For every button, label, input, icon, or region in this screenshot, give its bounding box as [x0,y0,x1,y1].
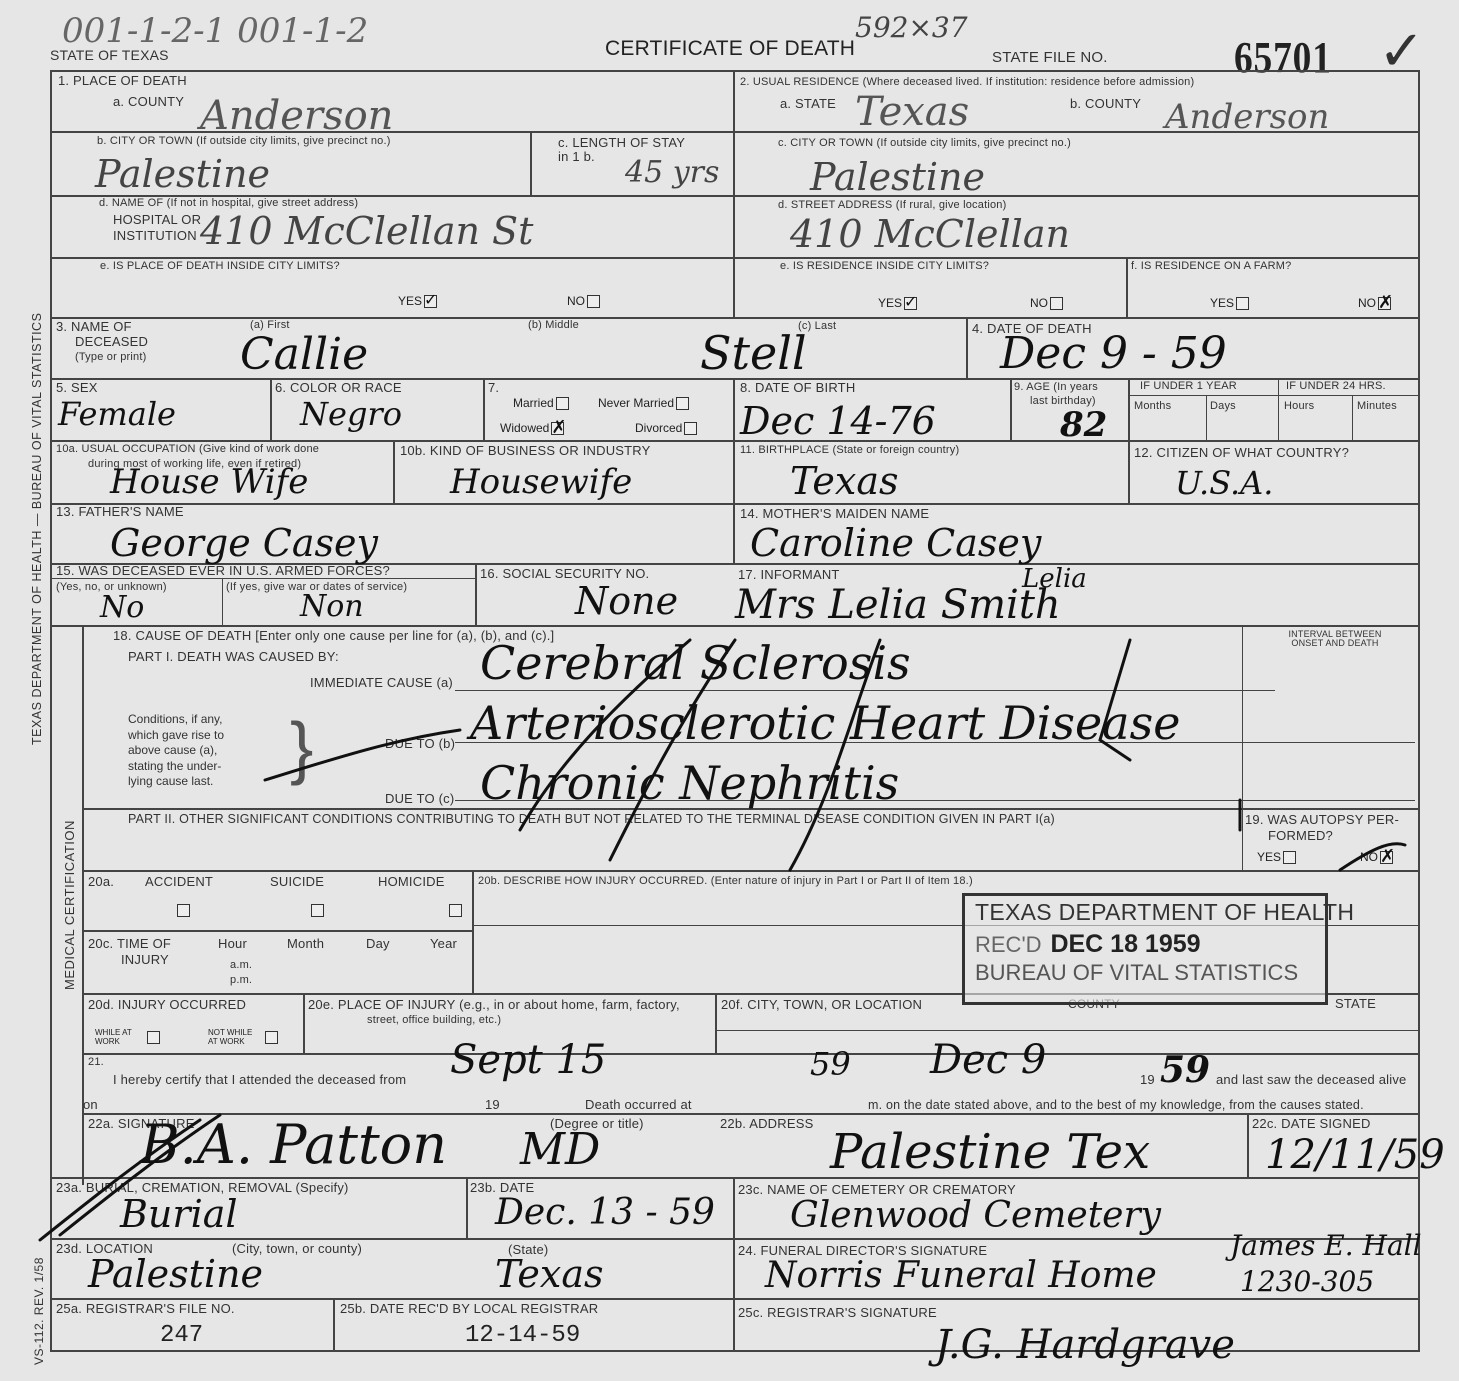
checkbox-yes[interactable] [1283,851,1296,864]
time-of-injury-label: 20c. TIME OF [88,937,171,951]
farm-no[interactable]: NO [1358,296,1391,310]
first-name-value: Callie [240,333,368,377]
age-label-1: 9. AGE (In years [1014,382,1098,394]
while-at-work[interactable]: WHILE AT WORK [95,1028,165,1046]
stamp-date: DEC 18 1959 [1050,930,1200,958]
cert-text-1: I hereby certify that I attended the dec… [113,1073,406,1087]
checkbox-homicide[interactable] [449,904,462,917]
informant-value: Mrs Lelia Smith [735,585,1061,625]
father-label: 13. FATHER'S NAME [56,505,184,519]
sex-label: 5. SEX [56,381,98,395]
date-signed-label: 22c. DATE SIGNED [1252,1117,1371,1131]
hospital-label: d. NAME OF (If not in hospital, give str… [99,198,358,210]
injury-type-label: 20a. [88,875,114,889]
state-file-label: STATE FILE NO. [992,50,1108,66]
hospital-label-2: HOSPITAL OR [113,213,201,227]
yes-label: YES [398,294,422,308]
residence-county-label: b. COUNTY [1070,97,1141,111]
residence-inside-limits-label: e. IS RESIDENCE INSIDE CITY LIMITS? [780,261,989,273]
yes-label: YES [1210,296,1234,310]
attended-from-year: 59 [810,1048,851,1080]
physician-signature: B.A. Patton [140,1118,447,1172]
checkbox-no[interactable] [587,295,600,308]
residence-state-label: a. STATE [780,97,836,111]
describe-injury-label: 20b. DESCRIBE HOW INJURY OCCURRED. (Ente… [478,876,973,888]
col-rule [1242,625,1243,870]
registrar-file-value: 247 [160,1322,203,1349]
checkbox-married[interactable] [556,397,569,410]
death-inside-yes[interactable]: YES [398,294,437,308]
business-label: 10b. KIND OF BUSINESS OR INDUSTRY [400,444,651,458]
autopsy-label: 19. WAS AUTOPSY PER- [1245,813,1399,827]
due-to-b-value: Arteriosclerotic Heart Disease [470,700,1180,746]
while-at-work-label: WHILE AT WORK [95,1028,145,1046]
father-value: George Casey [110,524,378,562]
medical-certification-side-label: MEDICAL CERTIFICATION [62,820,77,990]
row-rule [50,578,475,579]
date-of-death-value: Dec 9 - 59 [1000,332,1227,376]
marital-label: 7. [488,381,499,395]
hospital-value: 410 McClellan St [200,212,533,250]
place-of-injury-label-2: street, office building, etc.) [367,1015,501,1027]
immediate-label: IMMEDIATE CAUSE (a) [310,676,453,690]
col-rule [472,870,474,993]
registrar-date-value: 12-14-59 [465,1322,580,1349]
checkbox-yes-checked[interactable] [904,297,917,310]
due-to-c-label: DUE TO (c) [385,792,454,806]
residence-city-value: Palestine [810,158,985,196]
armed-forces-label: 15. WAS DECEASED EVER IN U.S. ARMED FORC… [56,564,390,578]
location-line [715,1030,1418,1031]
minutes-label: Minutes [1357,401,1397,413]
col-rule [303,993,305,1053]
col-rule [1126,257,1128,318]
occupation-label: 10a. USUAL OCCUPATION (Give kind of work… [56,444,319,456]
farm-label: f. IS RESIDENCE ON A FARM? [1131,261,1291,273]
col-rule [733,378,735,563]
business-value: Housewife [450,465,632,499]
marital-never-married[interactable]: Never Married [598,396,689,410]
age-value: 82 [1060,408,1107,442]
deceased-name-label-1: 3. NAME OF [56,320,132,334]
attended-to-year: 59 [1160,1052,1210,1088]
under-24-label: IF UNDER 24 HRS. [1286,381,1386,393]
col-rule [466,1177,468,1238]
note-line: which gave rise to [128,728,224,744]
pm-label: p.m. [230,975,252,987]
checkbox-while-at-work[interactable] [147,1031,160,1044]
last-name-value: Stell [700,330,807,376]
state-file-number: 65701 [1234,32,1332,83]
cemetery-value: Glenwood Cemetery [790,1198,1161,1234]
dob-value: Dec 14-76 [740,402,936,440]
registrar-signature-label: 25c. REGISTRAR'S SIGNATURE [738,1306,937,1320]
informant-correction: Lelia [1022,566,1087,592]
accident-label: ACCIDENT [145,875,213,889]
mother-value: Caroline Casey [750,524,1041,562]
time-of-injury-label-2: INJURY [121,953,169,967]
date-signed-value: 12/11/59 [1265,1135,1445,1175]
col-rule [1010,378,1012,440]
marital-married[interactable]: Married [513,396,569,410]
checkbox-accident[interactable] [177,904,190,917]
deceased-name-label-2: DECEASED [75,335,148,349]
col-rule [483,378,485,440]
months-label: Months [1134,401,1171,413]
conditions-note: Conditions, if any, which gave rise to a… [128,712,224,790]
injury-state-label: STATE [1335,997,1376,1011]
farm-yes[interactable]: YES [1210,296,1249,310]
mother-label: 14. MOTHER'S MAIDEN NAME [740,507,929,521]
injury-location-label: 20f. CITY, TOWN, OR LOCATION [721,998,922,1012]
race-value: Negro [300,398,402,430]
on-label: on [83,1098,98,1112]
col-rule [1206,395,1207,440]
col-rule [1278,378,1279,440]
burial-date-value: Dec. 13 - 59 [495,1195,715,1231]
hours-label: Hours [1284,401,1314,413]
ssn-value: None [575,582,678,620]
col-rule [733,1177,735,1351]
department-side-label: TEXAS DEPARTMENT OF HEALTH — BUREAU OF V… [30,313,44,745]
col-rule [1247,1113,1249,1177]
col-rule [475,563,477,625]
note-line: stating the under- [128,759,224,775]
place-of-injury-label: 20e. PLACE OF INJURY (e.g., in or about … [308,998,680,1012]
checkbox-widowed-checked[interactable] [551,422,564,435]
col-rule [530,131,532,195]
no-label: NO [1030,296,1048,310]
divorced-label: Divorced [635,421,682,435]
middle-name-label: (b) Middle [528,320,579,332]
armed-service-value: Non [300,592,364,622]
address-value: Palestine Tex [830,1128,1150,1176]
col-rule [393,440,395,503]
injury-occurred-label: 20d. INJURY OCCURRED [88,998,246,1012]
handwritten-reference: 592×37 [855,14,968,42]
residence-county-value: Anderson [1165,100,1329,134]
attended-from-value: Sept 15 [450,1040,606,1080]
cert-text-4: m. on the date stated above, and to the … [868,1099,1364,1112]
death-inside-limits-label: e. IS PLACE OF DEATH INSIDE CITY LIMITS? [100,261,340,273]
registrar-file-label: 25a. REGISTRAR'S FILE NO. [56,1302,235,1316]
not-while-at-work-label: NOT WHILE AT WORK [208,1028,263,1046]
informant-label: 17. INFORMANT [738,568,840,582]
checkbox-no-checked[interactable] [1378,297,1391,310]
stamp-line-2: REC'D DEC 18 1959 [975,931,1315,959]
form-number-side-label: VS-112. REV. 1/58 [32,1257,46,1365]
death-county-value: Anderson [200,96,393,136]
note-line: above cause (a), [128,743,224,759]
due-to-c-value: Chronic Nephritis [480,760,899,806]
dob-label: 8. DATE OF BIRTH [740,381,855,395]
immediate-cause-value: Cerebral Sclerosis [480,640,911,686]
certificate-title: CERTIFICATE OF DEATH [605,38,855,60]
citizen-label: 12. CITIZEN OF WHAT COUNTRY? [1134,446,1349,460]
cert-text-3: Death occurred at [585,1098,692,1112]
no-label: NO [1360,850,1378,864]
year-label: Year [430,937,457,951]
cert-text-2: and last saw the deceased alive [1216,1073,1407,1087]
note-line: Conditions, if any, [128,712,224,728]
birthplace-label: 11. BIRTHPLACE (State or foreign country… [740,445,959,457]
row-rule [82,870,1418,872]
married-label: Married [513,396,554,410]
deceased-name-label-3: (Type or print) [75,352,146,364]
death-inside-no[interactable]: NO [567,294,600,308]
sex-value: Female [58,398,176,430]
checkbox-yes-checked[interactable] [424,295,437,308]
occupation-value: House Wife [110,465,308,499]
checkbox-no[interactable] [1050,297,1063,310]
race-label: 6. COLOR OR RACE [275,381,402,395]
note-line: lying cause last. [128,774,224,790]
received-stamp: TEXAS DEPARTMENT OF HEALTH REC'D DEC 18 … [962,893,1328,1005]
residence-label: 2. USUAL RESIDENCE (Where deceased lived… [740,77,1194,89]
checkbox-suicide[interactable] [311,904,324,917]
checkbox-not-while-at-work[interactable] [265,1031,278,1044]
residence-state-value: Texas [855,92,969,132]
row-rule [82,930,472,932]
am-label: a.m. [230,960,252,972]
registrar-signature-value: J.G. Hardgrave [935,1325,1235,1365]
residence-street-value: 410 McClellan [790,215,1070,253]
col-rule [733,70,735,318]
interval-label: INTERVAL BETWEEN ONSET AND DEATH [1280,630,1390,649]
cause-a-line [455,690,1275,691]
col-rule [270,378,272,440]
no-label: NO [1358,296,1376,310]
no-label: NO [567,294,585,308]
death-city-label: b. CITY OR TOWN (If outside city limits,… [97,136,391,148]
homicide-label: HOMICIDE [378,875,445,889]
row-rule [50,625,1418,627]
place-of-death-label: 1. PLACE OF DEATH [58,74,187,88]
widowed-label: Widowed [500,421,549,435]
frame-left [50,70,52,1350]
part2-label: PART II. OTHER SIGNIFICANT CONDITIONS CO… [128,813,1055,826]
autopsy-label-2: FORMED? [1268,829,1333,843]
yes-label: YES [878,296,902,310]
checkbox-yes[interactable] [1236,297,1249,310]
to-year-prefix: 19 [1140,1073,1155,1087]
hour-label: Hour [218,937,247,951]
checkbox-no-checked[interactable] [1380,851,1393,864]
row-rule [1128,395,1418,396]
birthplace-value: Texas [790,462,898,500]
residence-street-label: d. STREET ADDRESS (If rural, give locati… [778,200,1006,212]
marital-divorced[interactable]: Divorced [635,421,697,435]
col-rule [715,993,717,1053]
death-county-label: a. COUNTY [113,95,184,109]
checkbox-never-married[interactable] [676,397,689,410]
col-rule [1128,378,1130,503]
yes-label: YES [1257,850,1281,864]
col-rule [333,1298,335,1351]
stamp-recd: REC'D [975,932,1042,957]
brace-icon: } [290,712,313,782]
checkbox-divorced[interactable] [684,422,697,435]
autopsy-yes[interactable]: YES [1257,850,1296,864]
on-year-label: 19 [485,1098,500,1112]
attended-to-value: Dec 9 [930,1040,1046,1080]
stamp-line-1: TEXAS DEPARTMENT OF HEALTH [975,900,1315,925]
day-label: Day [366,937,390,951]
residence-inside-yes[interactable]: YES [878,296,917,310]
residence-city-label: c. CITY OR TOWN (If outside city limits,… [778,138,1071,150]
col-rule [1352,395,1353,440]
row-rule [82,1053,1418,1055]
registrar-date-label: 25b. DATE REC'D BY LOCAL REGISTRAR [340,1302,598,1316]
suicide-label: SUICIDE [270,875,324,889]
marital-widowed[interactable]: Widowed [500,421,564,435]
col-rule [966,317,968,378]
cert-number-label: 21. [88,1057,104,1069]
autopsy-no[interactable]: NO [1360,850,1393,864]
citizen-value: U.S.A. [1175,467,1273,499]
col-rule [222,578,223,625]
funeral-director-number: 1230-305 [1240,1268,1374,1296]
address-label: 22b. ADDRESS [720,1117,813,1131]
burial-location-value: Palestine [88,1255,263,1293]
funeral-director-signature: James E. Hall [1230,1232,1422,1260]
burial-type-value: Burial [120,1195,238,1233]
state-label: STATE OF TEXAS [50,48,169,63]
days-label: Days [1210,401,1236,413]
hospital-label-3: INSTITUTION [113,229,197,243]
funeral-director-value: Norris Funeral Home [765,1258,1157,1294]
death-city-value: Palestine [95,155,270,193]
degree-value: MD [520,1128,600,1172]
burial-state-value: Texas [495,1255,603,1293]
part1-label: PART I. DEATH WAS CAUSED BY: [128,650,339,664]
stamp-line-3: BUREAU OF VITAL STATISTICS [975,961,1315,985]
not-while-at-work[interactable]: NOT WHILE AT WORK [208,1028,293,1046]
month-label: Month [287,937,324,951]
stay-value: 45 yrs [625,158,719,188]
never-married-label: Never Married [598,396,674,410]
due-to-b-label: DUE TO (b) [385,737,455,751]
armed-value: No [100,593,144,623]
residence-inside-no[interactable]: NO [1030,296,1063,310]
handwritten-codes: 001-1-2-1 001-1-2 [62,14,368,48]
under-year-label: IF UNDER 1 YEAR [1140,381,1237,393]
